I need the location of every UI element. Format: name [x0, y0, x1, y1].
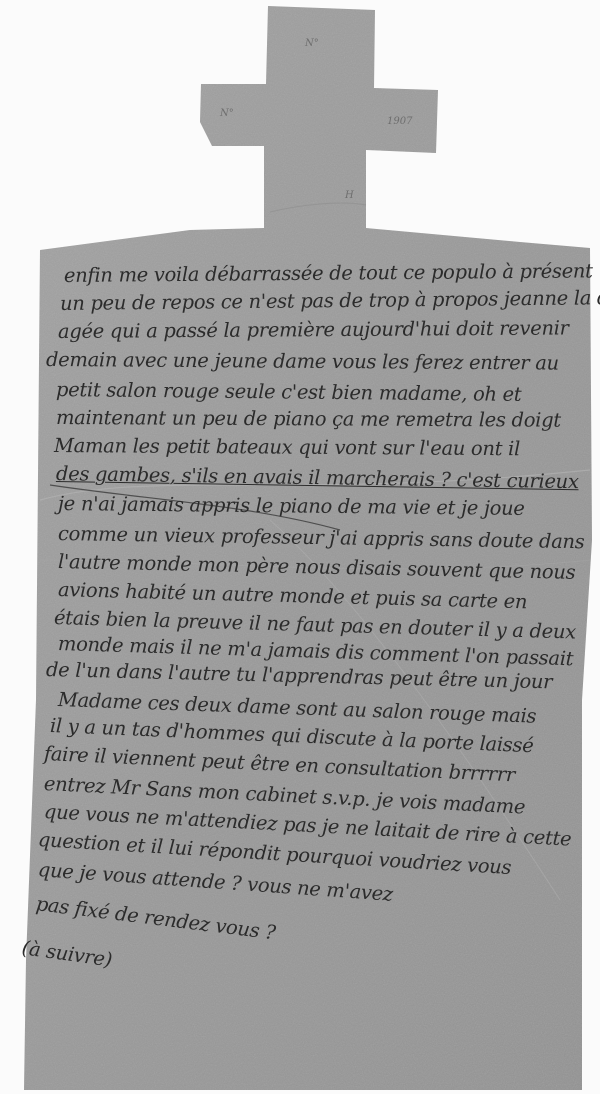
cross-mark-right: 1907	[387, 116, 412, 127]
cross-mark-left: N°	[220, 108, 234, 119]
letter-line: enfin me voila débarrassée de tout ce po…	[64, 259, 593, 287]
letter-line: Maman les petit bateaux qui vont sur l'e…	[54, 434, 520, 460]
letter-line: maintenant un peu de piano ça me remetra…	[56, 406, 561, 432]
cross-mark-bottom: H	[345, 190, 354, 201]
letter-line: petit salon rouge seule c'est bien madam…	[56, 378, 522, 406]
letter-line: demain avec une jeune dame vous les fere…	[46, 348, 559, 375]
letter-line: je n'ai jamais appris le piano de ma vie…	[58, 492, 525, 520]
letter-line: agée qui a passé la première aujourd'hui…	[58, 316, 569, 343]
cross-mark-top: N°	[305, 38, 319, 49]
